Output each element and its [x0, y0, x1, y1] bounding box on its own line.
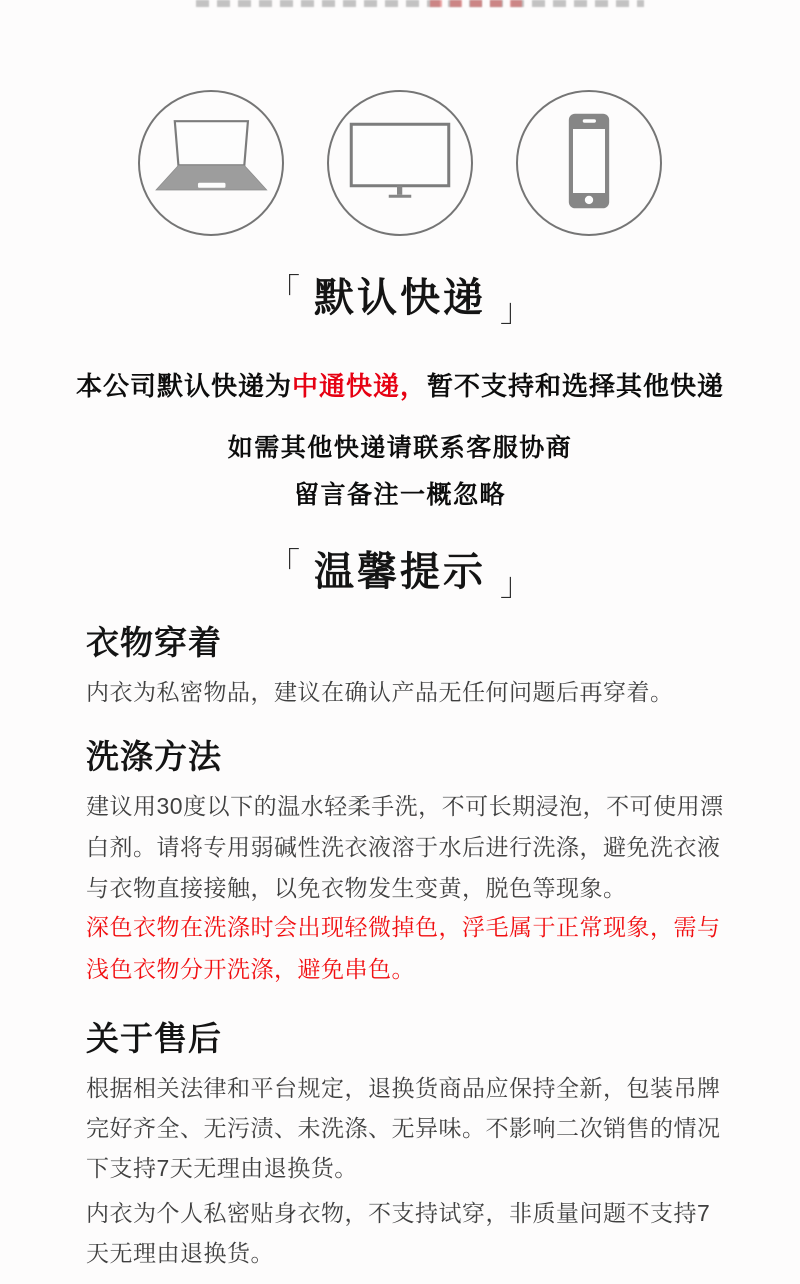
section-warning-color-bleed: 深色衣物在洗涤时会出现轻微掉色，浮毛属于正常现象，需与浅色衣物分开洗涤，避免串色…	[86, 906, 730, 990]
section-body-aftersales: 根据相关法律和平台规定，退换货商品应保持全新，包装吊牌完好齐全、无污渍、未洗涤、…	[86, 1068, 730, 1273]
corner-bracket-right: 」	[500, 556, 532, 612]
section-body-washing: 建议用30度以下的温水轻柔手洗，不可长期浸泡，不可使用漂白剂。请将专用弱碱性洗衣…	[86, 786, 730, 909]
device-circle-laptop	[138, 90, 284, 236]
corner-bracket-left: 「	[268, 262, 300, 318]
device-circle-smartphone	[516, 90, 662, 236]
device-circle-monitor	[327, 90, 473, 236]
corner-bracket-left: 「	[268, 536, 300, 592]
shipping-line-remarks-ignored: 留言备注一概忽略	[0, 477, 800, 513]
smartphone-icon	[568, 113, 610, 214]
corner-bracket-right: 」	[500, 282, 532, 338]
tips-title-text: 温馨提示	[314, 550, 486, 594]
shipping-line1-suffix: 暂不支持和选择其他快递	[427, 371, 724, 401]
aftersales-paragraph-2: 内衣为个人私密贴身衣物，不支持试穿，非质量问题不支持7天无理由退换货。	[86, 1193, 730, 1273]
shipping-section-title: 「默认快递」	[0, 270, 800, 328]
section-heading-aftersales: 关于售后	[86, 1020, 222, 1058]
product-description-page: 「默认快递」 本公司默认快递为中通快递，暂不支持和选择其他快递 如需其他快递请联…	[0, 0, 800, 1284]
shipping-line-default-courier: 本公司默认快递为中通快递，暂不支持和选择其他快递	[0, 368, 800, 404]
section-heading-wearing: 衣物穿着	[86, 624, 222, 662]
device-icons-row	[0, 90, 800, 236]
shipping-line1-courier-name: 中通快递，	[292, 371, 427, 401]
tips-section-title: 「温馨提示」	[0, 544, 800, 602]
section-body-wearing: 内衣为私密物品，建议在确认产品无任何问题后再穿着。	[86, 672, 730, 712]
cropped-banner-text	[196, 0, 644, 7]
monitor-icon	[349, 122, 451, 205]
aftersales-paragraph-1: 根据相关法律和平台规定，退换货商品应保持全新，包装吊牌完好齐全、无污渍、未洗涤、…	[86, 1068, 730, 1188]
shipping-title-text: 默认快递	[314, 276, 486, 320]
shipping-line1-prefix: 本公司默认快递为	[76, 371, 292, 401]
laptop-icon	[153, 119, 269, 208]
section-heading-washing: 洗涤方法	[86, 738, 222, 776]
shipping-line-contact-service: 如需其他快递请联系客服协商	[0, 430, 800, 466]
cropped-banner-text-red	[430, 0, 522, 7]
